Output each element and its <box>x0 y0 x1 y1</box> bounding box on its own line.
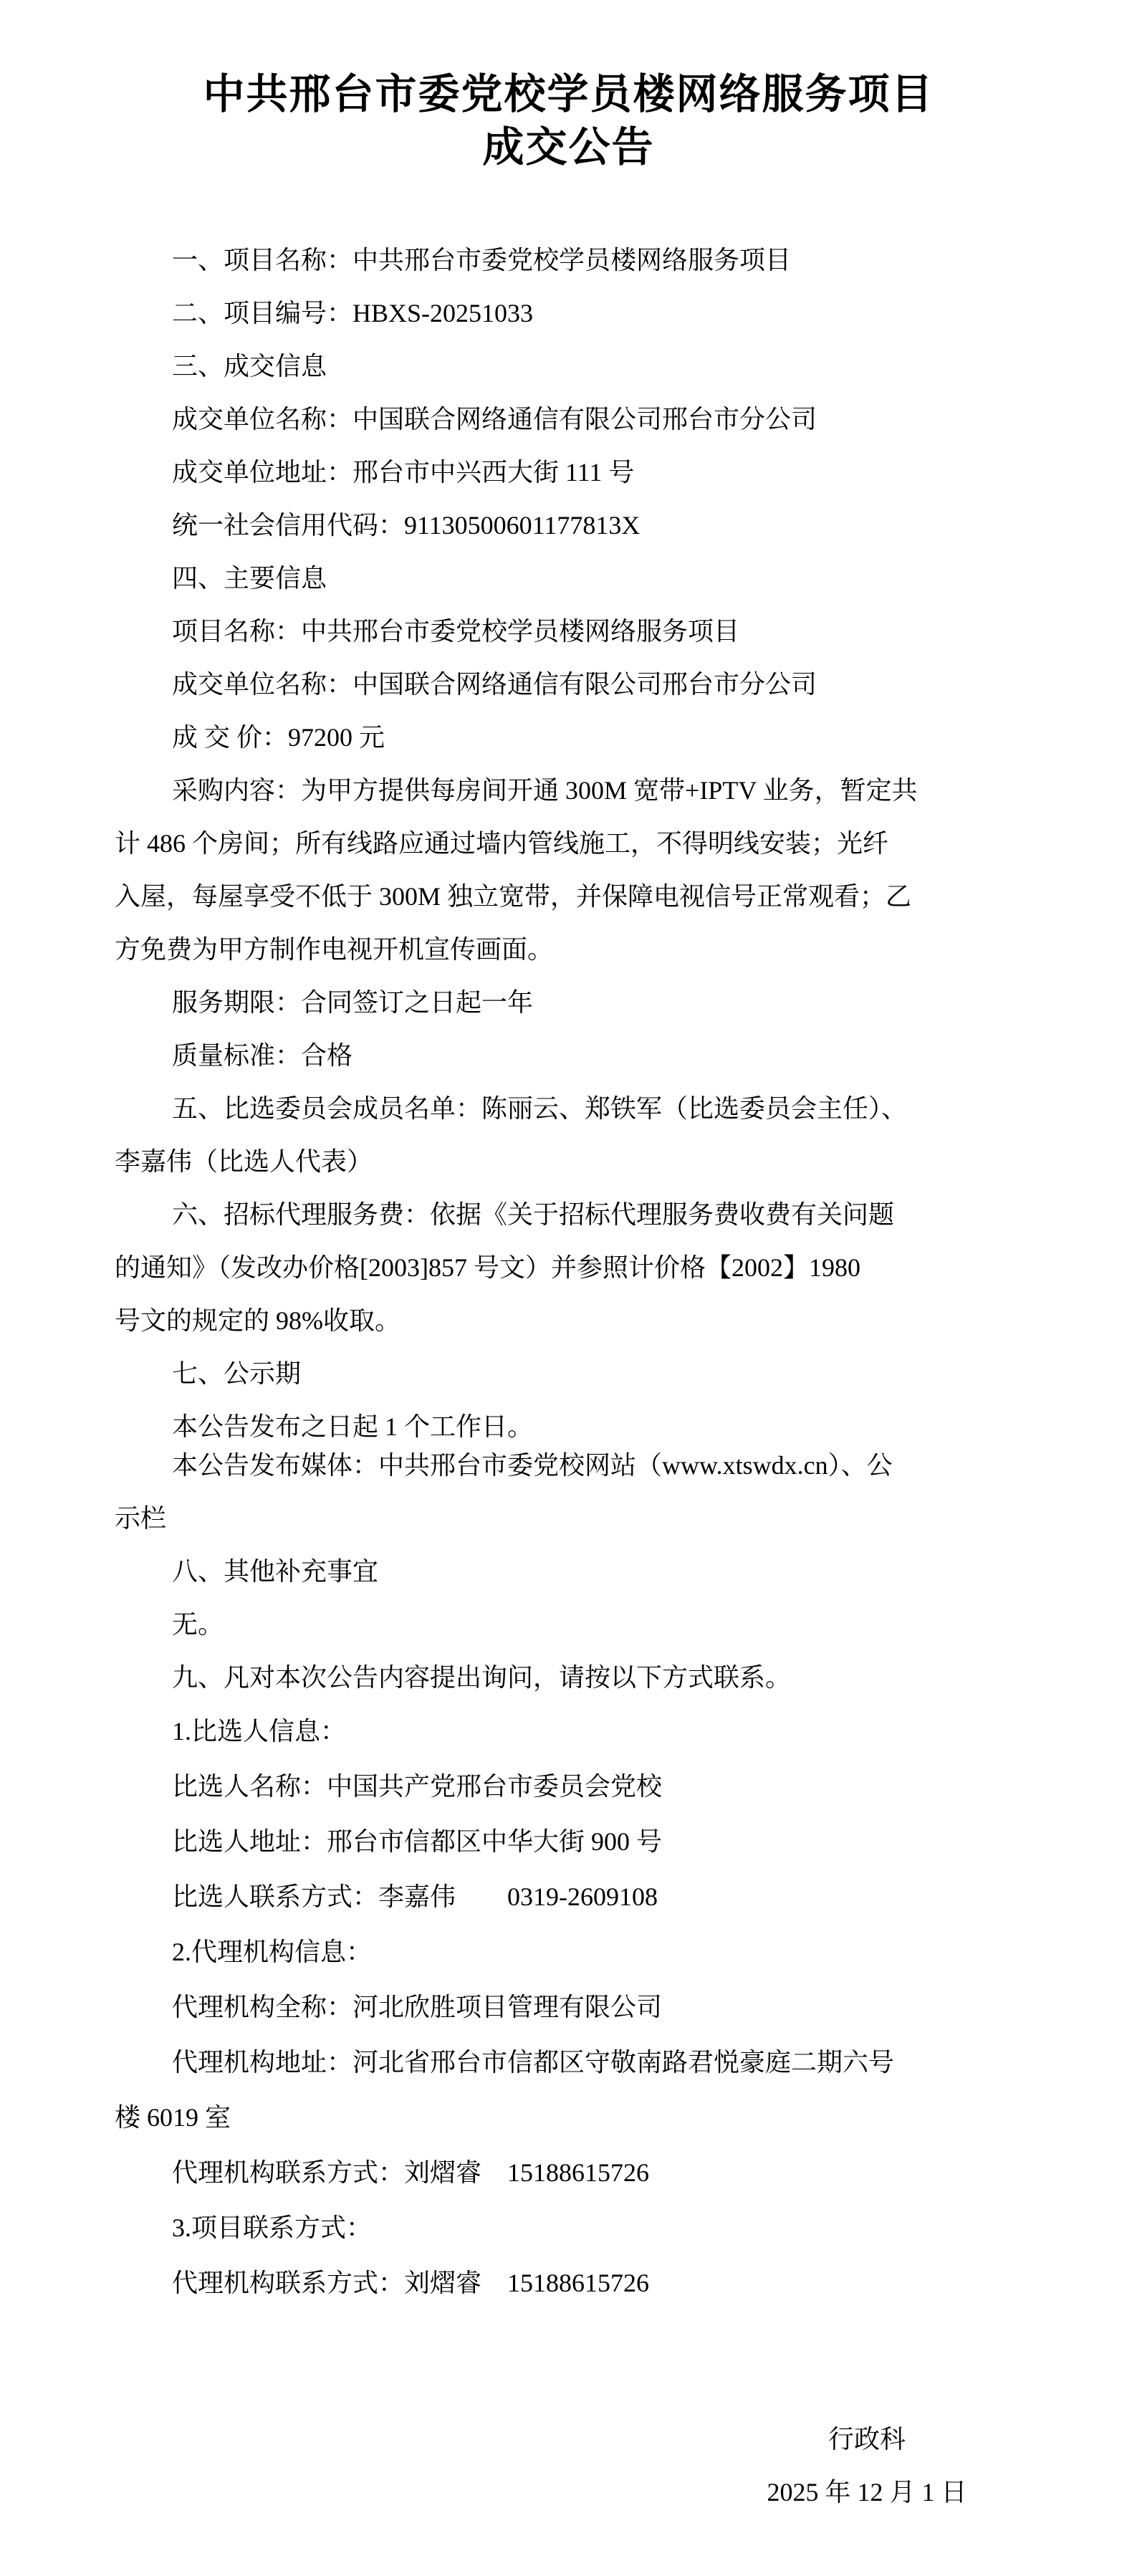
signature-block: 行政科 2025 年 12 月 1 日 <box>716 2413 1017 2519</box>
page-title-line-1: 中共邢台市委党校学员楼网络服务项目 <box>0 68 1137 121</box>
page-title-line-2: 成交公告 <box>0 121 1137 174</box>
doc-line-project-contact: 代理机构联系方式：刘熠睿 15188615726 <box>115 2256 1030 2311</box>
doc-line-procurement-content-2: 计 486 个房间；所有线路应通过墙内管线施工，不得明线安装；光纤 <box>115 817 1030 870</box>
doc-line-service-period: 服务期限：合同签订之日起一年 <box>115 976 1030 1029</box>
doc-line-winner-name-2: 成交单位名称：中国联合网络通信有限公司邢台市分公司 <box>115 658 1030 711</box>
doc-line-project-name: 一、项目名称：中共邢台市委党校学员楼网络服务项目 <box>115 234 1030 287</box>
doc-line-agency-address-1: 代理机构地址：河北省邢台市信都区守敬南路君悦豪庭二期六号 <box>115 2035 1030 2090</box>
doc-line-agency-name: 代理机构全称：河北欣胜项目管理有限公司 <box>115 1980 1030 2035</box>
announcement-document: 中共邢台市委党校学员楼网络服务项目 成交公告 一、项目名称：中共邢台市委党校学员… <box>0 0 1137 2576</box>
doc-line-bidder-address: 比选人地址：邢台市信都区中华大街 900 号 <box>115 1814 1030 1869</box>
doc-line-deal-price: 成 交 价：97200 元 <box>115 711 1030 764</box>
doc-line-publicity-media-2: 示栏 <box>115 1492 1030 1545</box>
doc-line-agency-fee-3: 号文的规定的 98%收取。 <box>115 1294 1030 1347</box>
doc-line-committee-members-2: 李嘉伟（比选人代表） <box>115 1135 1030 1188</box>
doc-line-section-3-heading: 三、成交信息 <box>115 340 1030 393</box>
doc-line-publicity-media-1: 本公告发布媒体：中共邢台市委党校网站（www.xtswdx.cn）、公 <box>115 1439 1030 1492</box>
doc-line-section-8-heading: 八、其他补充事宜 <box>115 1545 1030 1598</box>
doc-line-procurement-content-1: 采购内容：为甲方提供每房间开通 300M 宽带+IPTV 业务，暂定共 <box>115 764 1030 817</box>
doc-line-section-9-heading: 九、凡对本次公告内容提出询问，请按以下方式联系。 <box>115 1651 1030 1704</box>
doc-line-committee-members-1: 五、比选委员会成员名单：陈丽云、郑铁军（比选委员会主任）、 <box>115 1082 1030 1135</box>
doc-line-agency-info-heading: 2.代理机构信息： <box>115 1925 1030 1980</box>
doc-line-agency-contact: 代理机构联系方式：刘熠睿 15188615726 <box>115 2145 1030 2201</box>
doc-line-credit-code: 统一社会信用代码：91130500601177813X <box>115 499 1030 552</box>
doc-line-bidder-contact: 比选人联系方式：李嘉伟 0319-2609108 <box>115 1869 1030 1925</box>
doc-line-agency-fee-1: 六、招标代理服务费：依据《关于招标代理服务费收费有关问题 <box>115 1188 1030 1241</box>
doc-line-agency-fee-2: 的通知》（发改办价格[2003]857 号文）并参照计价格【2002】1980 <box>115 1241 1030 1294</box>
doc-line-section-4-heading: 四、主要信息 <box>115 552 1030 605</box>
doc-line-procurement-content-3: 入屋，每屋享受不低于 300M 独立宽带，并保障电视信号正常观看；乙 <box>115 870 1030 923</box>
signature-date: 2025 年 12 月 1 日 <box>716 2466 1017 2519</box>
doc-line-quality-standard: 质量标准：合格 <box>115 1029 1030 1082</box>
doc-line-project-number: 二、项目编号：HBXS-20251033 <box>115 287 1030 340</box>
doc-line-project-name-2: 项目名称：中共邢台市委党校学员楼网络服务项目 <box>115 605 1030 658</box>
doc-line-winner-name: 成交单位名称：中国联合网络通信有限公司邢台市分公司 <box>115 393 1030 446</box>
page-title: 中共邢台市委党校学员楼网络服务项目 成交公告 <box>0 0 1137 174</box>
doc-line-agency-address-2: 楼 6019 室 <box>115 2090 1030 2145</box>
document-body: 一、项目名称：中共邢台市委党校学员楼网络服务项目 二、项目编号：HBXS-202… <box>0 234 1137 2311</box>
signature-department: 行政科 <box>716 2413 1017 2466</box>
doc-line-bidder-info-heading: 1.比选人信息： <box>115 1704 1030 1759</box>
doc-line-bidder-name: 比选人名称：中国共产党邢台市委员会党校 <box>115 1759 1030 1814</box>
doc-line-procurement-content-4: 方免费为甲方制作电视开机宣传画面。 <box>115 923 1030 976</box>
doc-line-project-contact-heading: 3.项目联系方式： <box>115 2201 1030 2256</box>
doc-line-section-7-heading: 七、公示期 <box>115 1347 1030 1400</box>
doc-line-winner-address: 成交单位地址：邢台市中兴西大街 111 号 <box>115 446 1030 499</box>
doc-line-none: 无。 <box>115 1598 1030 1651</box>
